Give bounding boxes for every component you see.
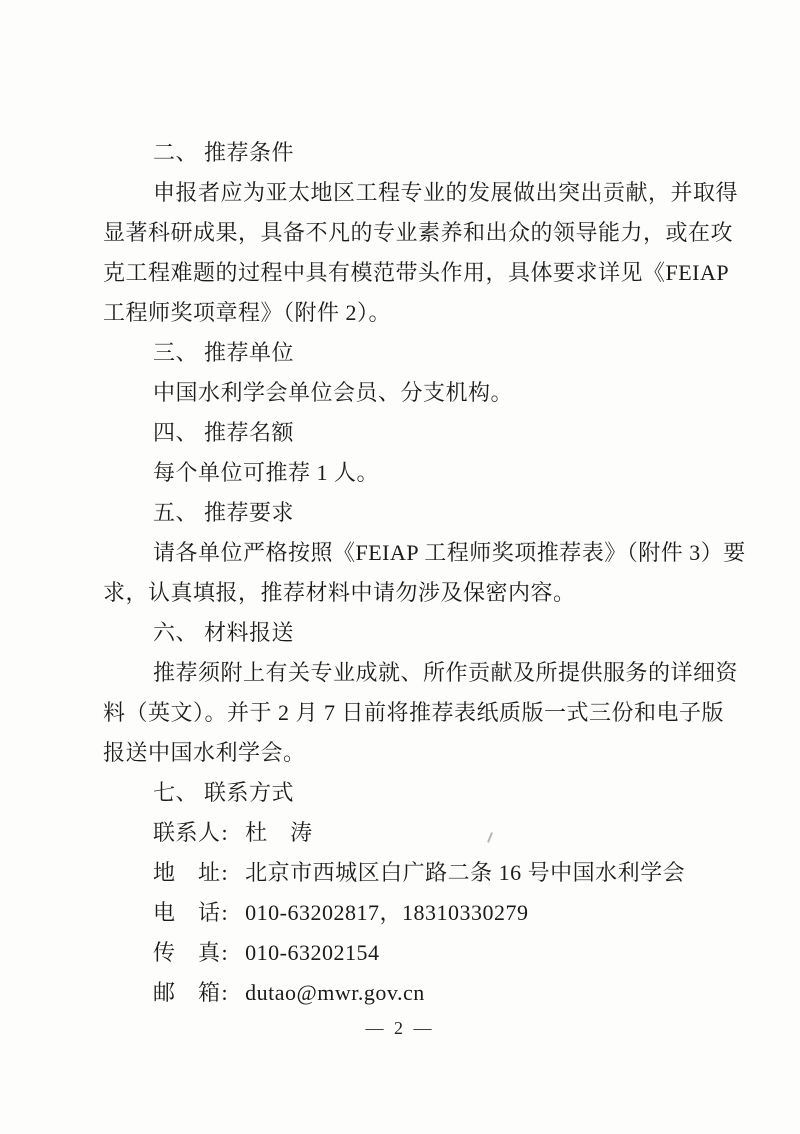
- document-page: 二、 推荐条件 申报者应为亚太地区工程专业的发展做出突出贡献，并取得 显著科研成…: [0, 0, 800, 1134]
- contact-colon: :: [222, 893, 229, 933]
- document-body: 二、 推荐条件 申报者应为亚太地区工程专业的发展做出突出贡献，并取得 显著科研成…: [103, 133, 713, 1013]
- contact-label: 地 址: [153, 853, 221, 893]
- body-line: 推荐须附上有关专业成就、所作贡献及所提供服务的详细资: [103, 653, 713, 693]
- contact-colon: :: [222, 973, 229, 1013]
- body-line: 料（英文）。并于 2 月 7 日前将推荐表纸质版一式三份和电子版: [103, 693, 713, 733]
- body-line: 每个单位可推荐 1 人。: [103, 453, 713, 493]
- contact-label: 联系人: [153, 813, 221, 853]
- contact-row-email: 邮 箱:dutao@mwr.gov.cn: [103, 973, 713, 1013]
- body-line: 中国水利学会单位会员、分支机构。: [103, 373, 713, 413]
- contact-value: 北京市西城区白广路二条 16 号中国水利学会: [245, 853, 685, 893]
- contact-value: 010-63202817，18310330279: [245, 893, 528, 933]
- body-line: 工程师奖项章程》（附件 2）。: [103, 293, 713, 333]
- contact-row-phone: 电 话:010-63202817，18310330279: [103, 893, 713, 933]
- contact-label: 邮 箱: [153, 973, 221, 1013]
- contact-colon: :: [222, 933, 229, 973]
- section-heading: 四、 推荐名额: [103, 413, 713, 453]
- contact-value: dutao@mwr.gov.cn: [245, 973, 425, 1013]
- body-line: 求，认真填报，推荐材料中请勿涉及保密内容。: [103, 573, 713, 613]
- body-line: 显著科研成果，具备不凡的专业素养和出众的领导能力，或在攻: [103, 213, 713, 253]
- contact-row-name: 联系人:杜 涛: [103, 813, 713, 853]
- body-line: 克工程难题的过程中具有模范带头作用，具体要求详见《FEIAP: [103, 253, 713, 293]
- contact-row-fax: 传 真:010-63202154: [103, 933, 713, 973]
- body-line: 报送中国水利学会。: [103, 733, 713, 773]
- contact-row-address: 地 址:北京市西城区白广路二条 16 号中国水利学会: [103, 853, 713, 893]
- contact-colon: :: [222, 853, 229, 893]
- contact-value: 杜 涛: [245, 813, 313, 853]
- section-heading: 六、 材料报送: [103, 613, 713, 653]
- section-heading: 三、 推荐单位: [103, 333, 713, 373]
- section-heading: 七、 联系方式: [103, 773, 713, 813]
- section-heading: 五、 推荐要求: [103, 493, 713, 533]
- body-line: 请各单位严格按照《FEIAP 工程师奖项推荐表》（附件 3）要: [103, 533, 713, 573]
- contact-value: 010-63202154: [245, 933, 379, 973]
- contact-label: 传 真: [153, 933, 221, 973]
- page-number: — 2 —: [0, 1008, 800, 1048]
- contact-label: 电 话: [153, 893, 221, 933]
- section-heading: 二、 推荐条件: [103, 133, 713, 173]
- contact-colon: :: [222, 813, 229, 853]
- body-line: 申报者应为亚太地区工程专业的发展做出突出贡献，并取得: [103, 173, 713, 213]
